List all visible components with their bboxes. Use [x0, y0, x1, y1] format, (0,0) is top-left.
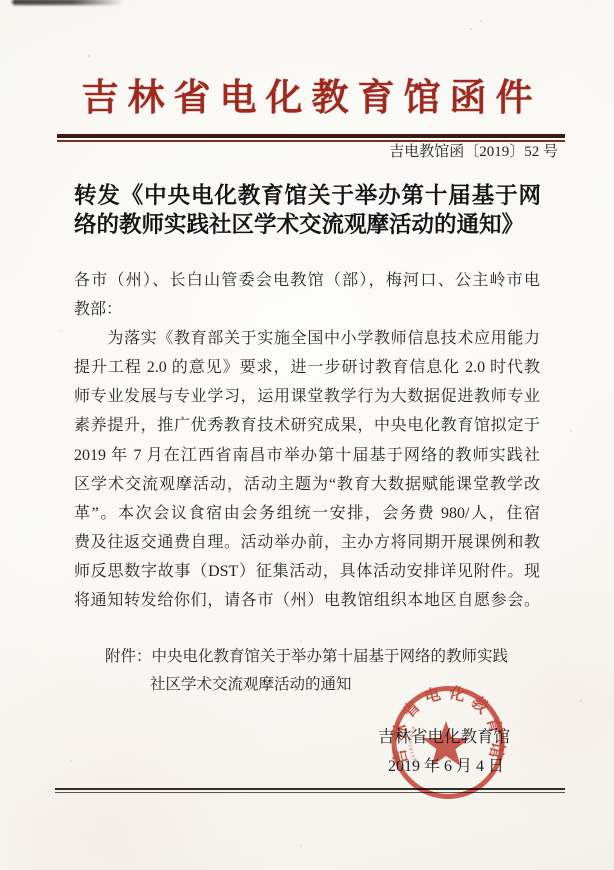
document-title-line: 络的教师实践社区学术交流观摩活动的通知》 [74, 210, 541, 239]
masthead-separator-rule [57, 134, 565, 142]
scan-speckle-artifacts [88, 55, 90, 57]
scan-smudge-artifact [12, 0, 124, 5]
letter-body: 各市（州）、长白山管委会电教馆（部），梅河口、公主岭市电 教部： 为落实《教育部… [74, 266, 540, 615]
document-title-line: 转发《中央电化教育馆关于举办第十届基于网 [74, 181, 541, 210]
seal-star-icon [422, 721, 470, 766]
body-line: 费及往返交通费自理。活动举办前，主办方将同期开展课例和教 [74, 528, 540, 557]
body-line: 提升工程 2.0 的意见》要求，进一步研讨教育信息化 2.0 时代教 [74, 353, 540, 382]
masthead-title: 吉林省电化教育馆函件 [0, 78, 614, 120]
document-title: 转发《中央电化教育馆关于举办第十届基于网 络的教师实践社区学术交流观摩活动的通知… [74, 181, 541, 239]
body-line: 革”。本次会议食宿由会务组统一安排，会务费 980/人，住宿 [74, 499, 540, 528]
official-seal: 吉林省电化教育馆 22018200034 [388, 683, 508, 803]
body-line: 为落实《教育部关于实施全国中小学教师信息技术应用能力 [74, 324, 540, 353]
body-line: 将通知转发给你们，请各市（州）电教馆组织本地区自愿参会。 [74, 586, 540, 615]
body-line: 师专业发展与专业学习，运用课堂教学行为大数据促进教师专业 [74, 382, 540, 411]
body-line: 区学术交流观摩活动，活动主题为“教育大数据赋能课堂教学改 [74, 470, 540, 499]
body-line: 各市（州）、长白山管委会电教馆（部），梅河口、公主岭市电 [74, 266, 540, 295]
attachment-line: 附件：中央电化教育馆关于举办第十届基于网络的教师实践 [74, 643, 554, 671]
body-line: 师反思数字故事（DST）征集活动，具体活动安排详见附件。现 [74, 557, 540, 586]
body-line: 教部： [74, 295, 540, 324]
scanned-letter-page: 吉林省电化教育馆函件 吉电教馆函〔2019〕52 号 转发《中央电化教育馆关于举… [0, 0, 614, 870]
document-number: 吉电教馆函〔2019〕52 号 [389, 142, 558, 162]
body-line: 素养提升，推广优秀教育技术研究成果，中央电化教育馆拟定于 [74, 411, 540, 440]
body-line: 2019 年 7 月在江西省南昌市举办第十届基于网络的教师实践社 [74, 441, 540, 470]
